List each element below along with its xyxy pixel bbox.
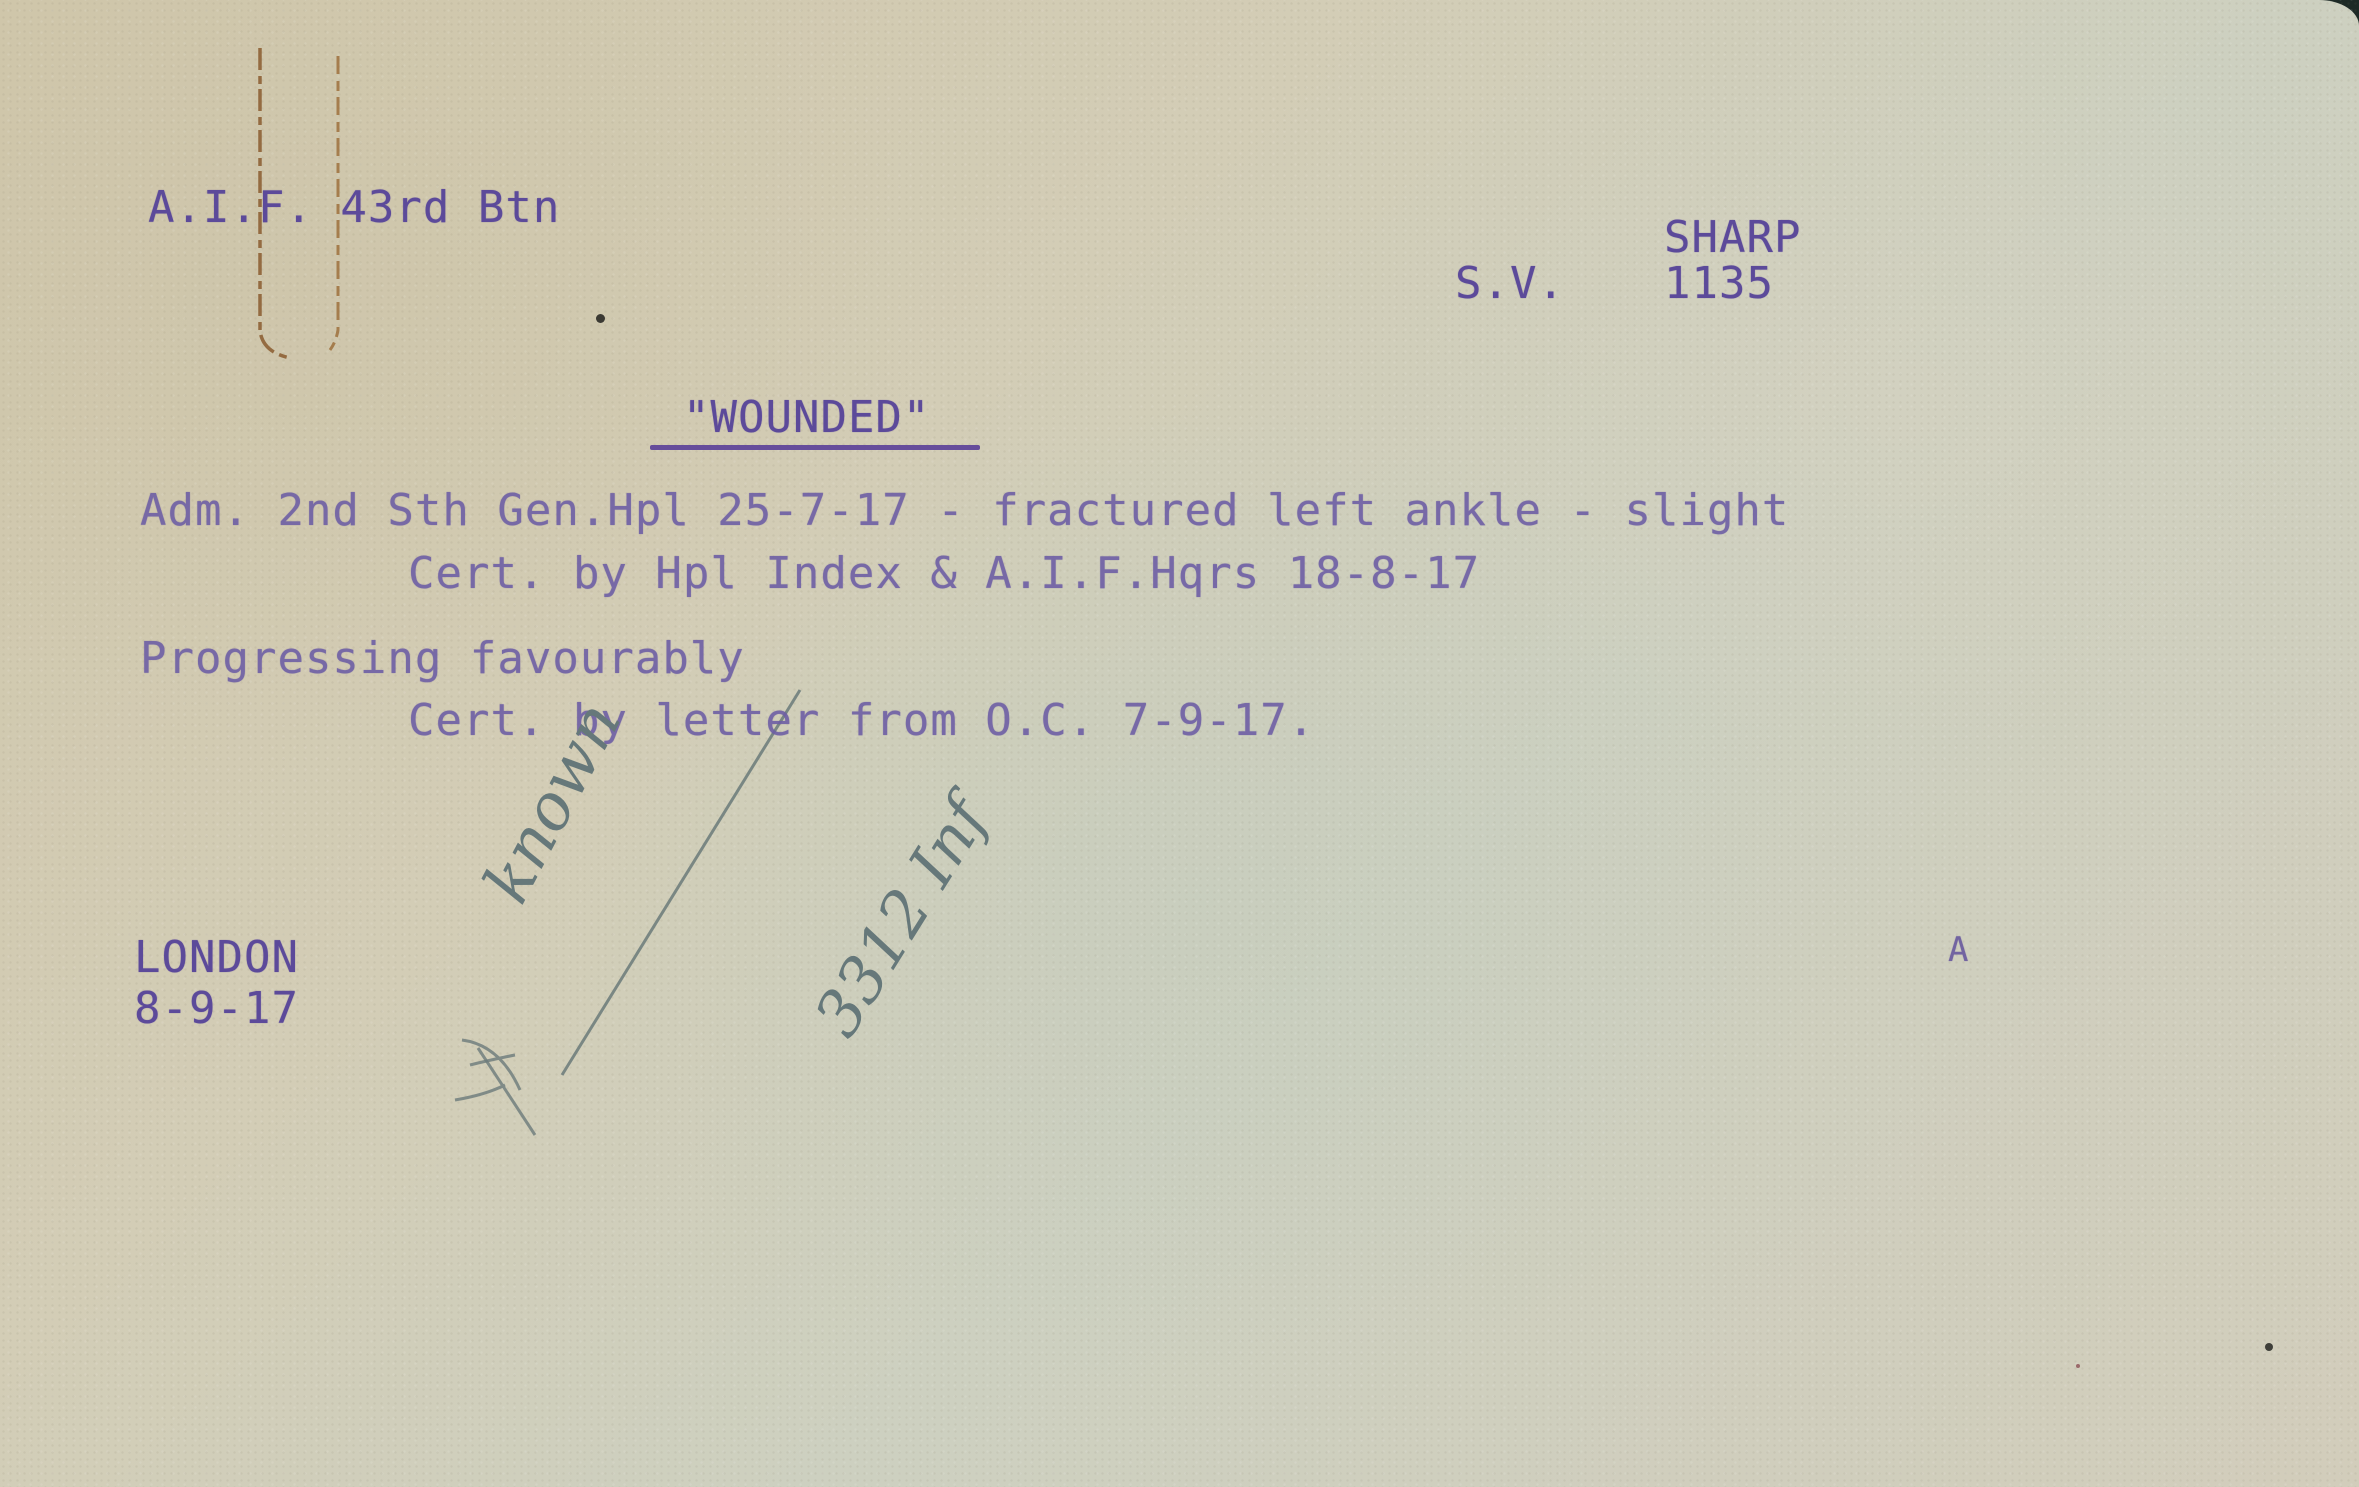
unit-label: A.I.F. 43rd Btn [148,182,560,233]
date-stamp: 8-9-17 [134,983,299,1034]
ink-speck [2076,1364,2080,1368]
ink-speck [596,314,605,323]
ink-speck [2265,1343,2273,1351]
service-number: 1135 [1664,258,1774,309]
status-heading: "WOUNDED" [683,392,930,443]
record-card: A.I.F. 43rd Btn SHARP S.V. 1135 "WOUNDED… [0,0,2359,1487]
corner-mark: A [1948,930,1969,970]
status-heading-underline [650,445,980,450]
entry-1-line-1: Adm. 2nd Sth Gen.Hpl 25-7-17 - fractured… [140,485,1789,536]
entry-1-line-2: Cert. by Hpl Index & A.I.F.Hqrs 18-8-17 [408,548,1480,599]
place-stamp: LONDON [134,932,299,983]
entry-2-line-1: Progressing favourably [140,633,745,684]
initials: S.V. [1455,258,1565,309]
surname: SHARP [1664,212,1801,263]
